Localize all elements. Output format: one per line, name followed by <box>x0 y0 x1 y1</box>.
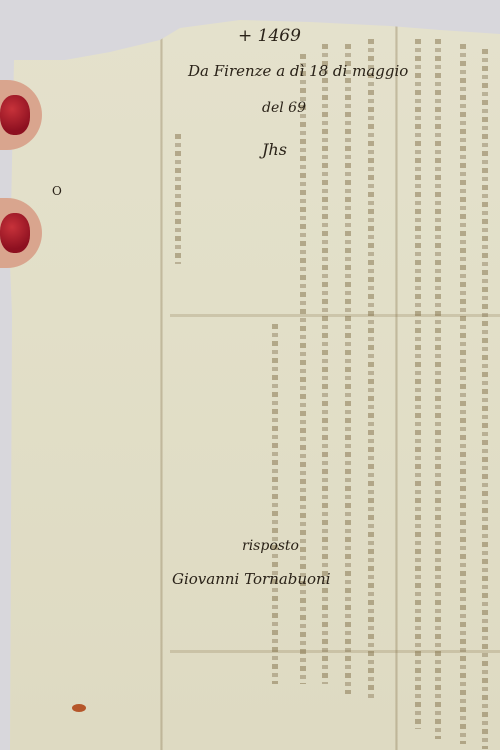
bleed-column <box>460 44 466 744</box>
bleed-column <box>322 44 328 684</box>
year-note: + 1469 <box>238 26 301 46</box>
date-line: del 69 <box>262 100 306 116</box>
receipt-note: risposto <box>242 538 299 554</box>
bleed-column <box>415 39 421 729</box>
fold-line-horizontal <box>170 650 500 653</box>
bleed-column <box>175 134 181 264</box>
origin-line: Da Firenze a dì 18 di maggio <box>188 62 408 80</box>
monogram-mark: Jhs <box>262 140 287 159</box>
bleed-column <box>272 324 278 684</box>
stain <box>72 704 86 712</box>
fingernail <box>0 95 30 135</box>
bleed-column <box>345 44 351 694</box>
bleed-column <box>368 39 374 699</box>
fold-line-vertical <box>160 14 163 750</box>
fold-line-horizontal <box>170 314 500 317</box>
manuscript-page: O <box>10 14 500 750</box>
fingernail <box>0 213 30 253</box>
fold-line-vertical <box>395 14 398 750</box>
bleed-column <box>435 39 441 739</box>
bleed-column <box>482 49 488 749</box>
margin-mark: O <box>52 184 62 198</box>
bleed-column <box>300 54 306 684</box>
addressee-note: Giovanni Tornabuoni <box>172 570 331 588</box>
